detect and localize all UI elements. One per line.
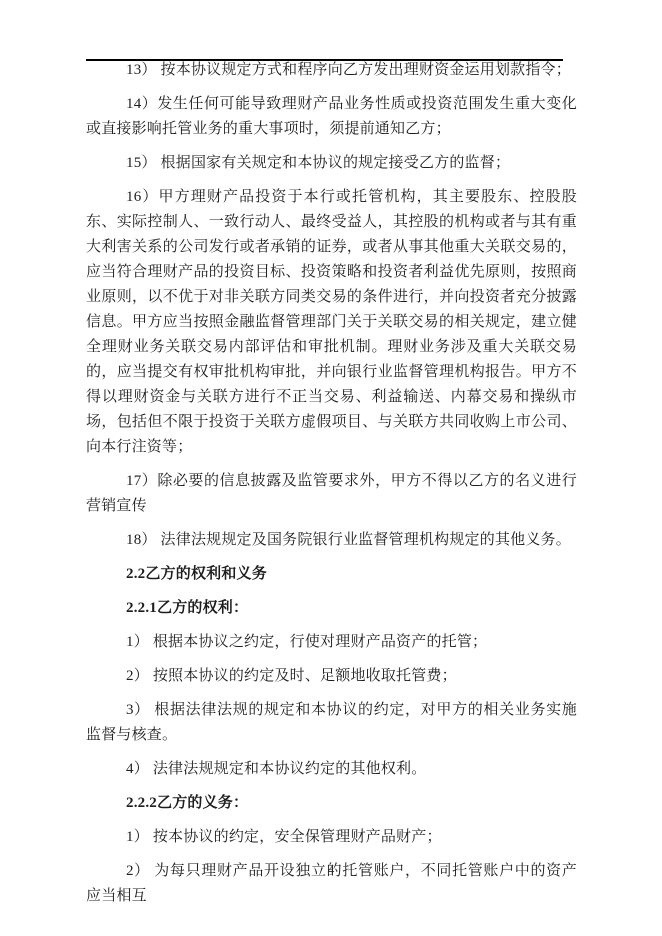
paragraph: 16）甲方理财产品投资于本行或托管机构，其主要股东、控股股东、实际控制人、一致行… [86, 185, 577, 460]
paragraph: 3） 根据法律法规的规定和本协议的约定，对甲方的相关业务实施监督与核查。 [86, 698, 577, 748]
paragraph: 17）除必要的信息披露及监管要求外，甲方不得以乙方的名义进行营销宣传 [86, 469, 577, 519]
section-heading: 2.2.2乙方的义务： [86, 791, 577, 816]
document-body: 13） 按本协议规定方式和程序向乙方发出理财资金运用划款指令；14）发生任何可能… [86, 58, 577, 918]
paragraph: 1） 按本协议的约定，安全保管理财产品财产； [86, 825, 577, 850]
section-heading: 2.2.1乙方的权利： [86, 596, 577, 621]
paragraph: 2） 按照本协议的约定及时、足额地收取托管费； [86, 664, 577, 689]
section-heading: 2.2乙方的权利和义务 [86, 562, 577, 587]
paragraph: 15） 根据国家有关规定和本协议的规定接受乙方的监督； [86, 151, 577, 176]
page-number: 4 [0, 862, 662, 878]
paragraph: 1） 根据本协议之约定，行使对理财产品资产的托管； [86, 630, 577, 655]
document-page: 13） 按本协议规定方式和程序向乙方发出理财资金运用划款指令；14）发生任何可能… [0, 0, 662, 936]
paragraph: 14）发生任何可能导致理财产品业务性质或投资范围发生重大变化或直接影响托管业务的… [86, 92, 577, 142]
paragraph: 18） 法律法规规定及国务院银行业监督管理机构规定的其他义务。 [86, 528, 577, 553]
paragraph: 13） 按本协议规定方式和程序向乙方发出理财资金运用划款指令； [86, 58, 577, 83]
paragraph: 4） 法律法规规定和本协议约定的其他权利。 [86, 757, 577, 782]
